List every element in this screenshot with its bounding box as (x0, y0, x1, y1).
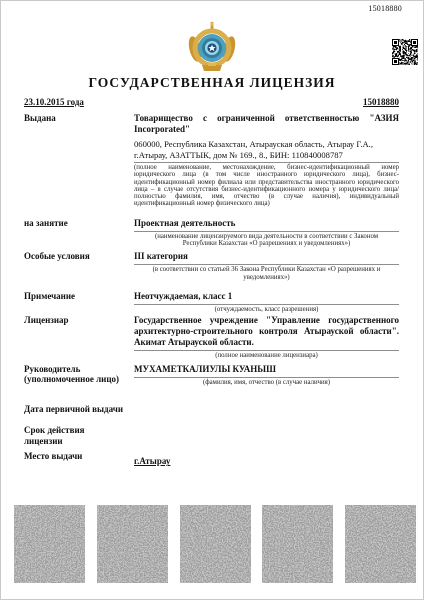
field-activity-note: (наименование лицензируемого вида деятел… (134, 233, 399, 248)
field-issued-label: Выдана (24, 113, 134, 124)
licensor-value: Государственное учреждение "Управление г… (134, 315, 399, 348)
place-value: г.Атырау (134, 456, 170, 466)
issue-date: 23.10.2015 года (24, 97, 84, 107)
field-licensor-note: (полное наименование лицензиара) (134, 352, 399, 359)
activity-value: Проектная деятельность (134, 218, 399, 229)
field-licensor-label: Лицензиар (24, 315, 134, 326)
barcode-row (14, 505, 416, 583)
licensee-name: Товарищество с ограниченной ответственно… (134, 113, 399, 135)
qr-code-icon (392, 39, 418, 65)
barcode-block-icon (262, 505, 333, 583)
document-number-top: 15018880 (368, 4, 402, 13)
field-remark-label: Примечание (24, 291, 134, 302)
field-issued: Выдана Товарищество с ограниченной ответ… (24, 113, 399, 208)
field-remark: Примечание Неотчуждаемая, класс 1 (отчуж… (24, 291, 399, 313)
field-validity: Срок действия лицензии (24, 425, 399, 446)
special-conditions-value: III категория (134, 251, 399, 262)
license-document: 15018880 (0, 0, 424, 600)
field-underline (134, 350, 399, 351)
field-underline (134, 162, 399, 163)
field-issued-note: (полное наименование, местонахождение, б… (134, 164, 399, 208)
date-number-row: 23.10.2015 года 15018880 (24, 97, 399, 107)
field-head-note: (фамилия, имя, отчество (в случае наличи… (134, 379, 399, 386)
barcode-block-icon (180, 505, 251, 583)
field-special-conditions: Особые условия III категория (в соответс… (24, 251, 399, 281)
field-first-issue: Дата первичной выдачи (24, 404, 399, 415)
field-special-note: (в соответствии со статьей 36 Закона Рес… (134, 266, 399, 281)
field-head: Руководитель (уполномоченное лицо) МУХАМ… (24, 364, 399, 386)
remark-value: Неотчуждаемая, класс 1 (134, 291, 399, 302)
licensee-address: 060000, Республика Казахстан, Атырауская… (134, 139, 399, 160)
field-remark-note: (отчуждаемость, класс разрешения) (134, 306, 399, 313)
document-title: ГОСУДАРСТВЕННАЯ ЛИЦЕНЗИЯ (1, 75, 423, 91)
field-underline (134, 377, 399, 378)
header-emblem-area (1, 21, 423, 73)
field-underline (134, 231, 399, 232)
field-licensor: Лицензиар Государственное учреждение "Уп… (24, 315, 399, 359)
kazakhstan-emblem-icon (188, 21, 236, 73)
field-head-label: Руководитель (уполномоченное лицо) (24, 364, 134, 385)
field-activity-label: на занятие (24, 218, 134, 229)
field-place: Место выдачи г.Атырау (24, 451, 399, 469)
barcode-block-icon (14, 505, 85, 583)
fields-area: Выдана Товарищество с ограниченной ответ… (24, 113, 399, 469)
field-validity-label: Срок действия лицензии (24, 425, 134, 446)
field-activity: на занятие Проектная деятельность (наиме… (24, 218, 399, 248)
field-place-label: Место выдачи (24, 451, 134, 462)
head-name: МУХАМЕТКАЛИУЛЫ КУАНЫШ (134, 364, 399, 375)
barcode-block-icon (345, 505, 416, 583)
license-number: 15018880 (363, 97, 399, 107)
barcode-block-icon (97, 505, 168, 583)
field-underline (134, 304, 399, 305)
field-underline (134, 264, 399, 265)
field-first-issue-label: Дата первичной выдачи (24, 404, 134, 415)
field-special-label: Особые условия (24, 251, 134, 262)
